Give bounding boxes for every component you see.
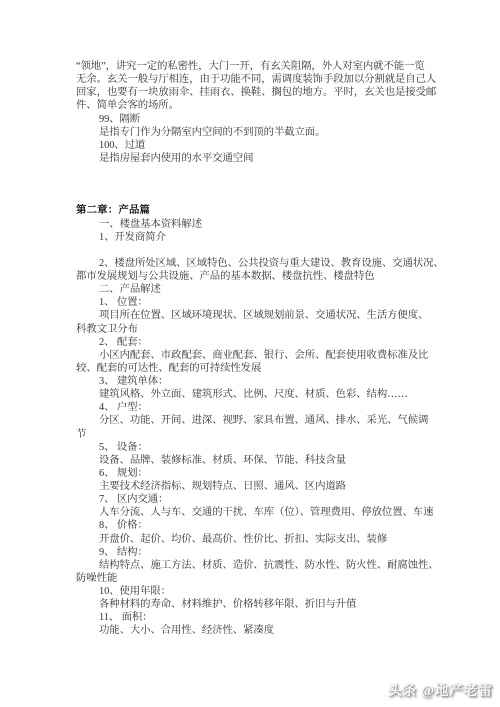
text-line: 一、楼盘基本资料解述 [76, 218, 456, 231]
text-line: 主要技术经济指标、规划特点、日照、通风、区内道路 [76, 480, 456, 493]
blank-line [76, 178, 456, 191]
blank-line [76, 191, 456, 204]
text-line: 开盘价、起价、均价、最高价、性价比、折扣、实际支出、装修 [76, 533, 456, 546]
text-line: 99、隔断 [76, 113, 456, 126]
text-line: 是指房屋套内使用的水平交通空间 [76, 152, 456, 165]
text-line: 较、配套的可达性、配套的可持续性发展 [76, 362, 456, 375]
document-page: “领地”，讲究一定的私密性，大门一开，有玄关阻隔，外人对室内就不能一览无余。玄关… [0, 0, 500, 707]
text-line: 2、 配套： [76, 336, 456, 349]
text-line: 结构特点、施工方法、材质、造价、抗震性、防水性、防火性、耐腐蚀性、 [76, 559, 456, 572]
text-line: 6、 规划： [76, 467, 456, 480]
text-line: 回家，也要有一块放雨伞、挂雨衣、换鞋、搁包的地方。平时，玄关也是接受邮 [76, 86, 456, 99]
text-line: 都市发展规划与公共设施、产品的基本数据、楼盘抗性、楼盘特色 [76, 270, 456, 283]
text-line: 1、 位置： [76, 296, 456, 309]
blank-line [76, 244, 456, 257]
text-line: 项目所在位置、区域环境现状、区域规划前景、交通状况、生活方便度、 [76, 309, 456, 322]
text-line: 小区内配套、市政配套、商业配套、银行、会所、配套使用收费标准及比 [76, 349, 456, 362]
text-line: 1、开发商简介 [76, 231, 456, 244]
text-line: 节 [76, 428, 456, 441]
text-line: 2、楼盘所处区域、区域特色、公共投资与重大建设、教育设施、交通状况、 [76, 257, 456, 270]
text-line: 100、过道 [76, 139, 456, 152]
text-line: 7、 区内交通： [76, 493, 456, 506]
watermark: 头条 @地产老雷 [388, 679, 493, 699]
text-line: 10、使用年限： [76, 585, 456, 598]
text-line: 设备、品牌、装修标准、材质、环保、节能、科技含量 [76, 454, 456, 467]
text-line: 科教文卫分布 [76, 323, 456, 336]
text-line: 二、产品解述 [76, 283, 456, 296]
text-line: 各种材料的寿命、材料维护、价格转移年限、折旧与升值 [76, 598, 456, 611]
text-line: 是指专门作为分隔室内空间的不到顶的半截立面。 [76, 126, 456, 139]
text-line: 防噪性能 [76, 572, 456, 585]
document-text: “领地”，讲究一定的私密性，大门一开，有玄关阻隔，外人对室内就不能一览无余。玄关… [76, 60, 456, 638]
text-line: 3、 建筑单体： [76, 375, 456, 388]
text-line: “领地”，讲究一定的私密性，大门一开，有玄关阻隔，外人对室内就不能一览 [76, 60, 456, 73]
text-line: 功能、大小、合用性、经济性、紧凑度 [76, 624, 456, 637]
text-line: 9、 结构： [76, 546, 456, 559]
text-line: 分区、功能、开间、进深、视野、家具布置、通风、排水、采光、气候调 [76, 414, 456, 427]
text-line: 11、 面积： [76, 611, 456, 624]
text-line: 4、 户型： [76, 401, 456, 414]
blank-line [76, 165, 456, 178]
text-line: 人车分流、人与车、交通的干扰、车库（位）、管理费用、停放位置、车速 [76, 506, 456, 519]
text-line: 件、简单会客的场所。 [76, 99, 456, 112]
text-line: 建筑风格、外立面、建筑形式、比例、尺度、材质、色彩、结构…… [76, 388, 456, 401]
text-line: 8、 价格： [76, 519, 456, 532]
text-line: 无余。玄关一般与厅相连，由于功能不同，需调度装饰手段加以分割就是自己人 [76, 73, 456, 86]
chapter-heading: 第二章：产品篇 [76, 204, 456, 217]
text-line: 5、 设备： [76, 441, 456, 454]
